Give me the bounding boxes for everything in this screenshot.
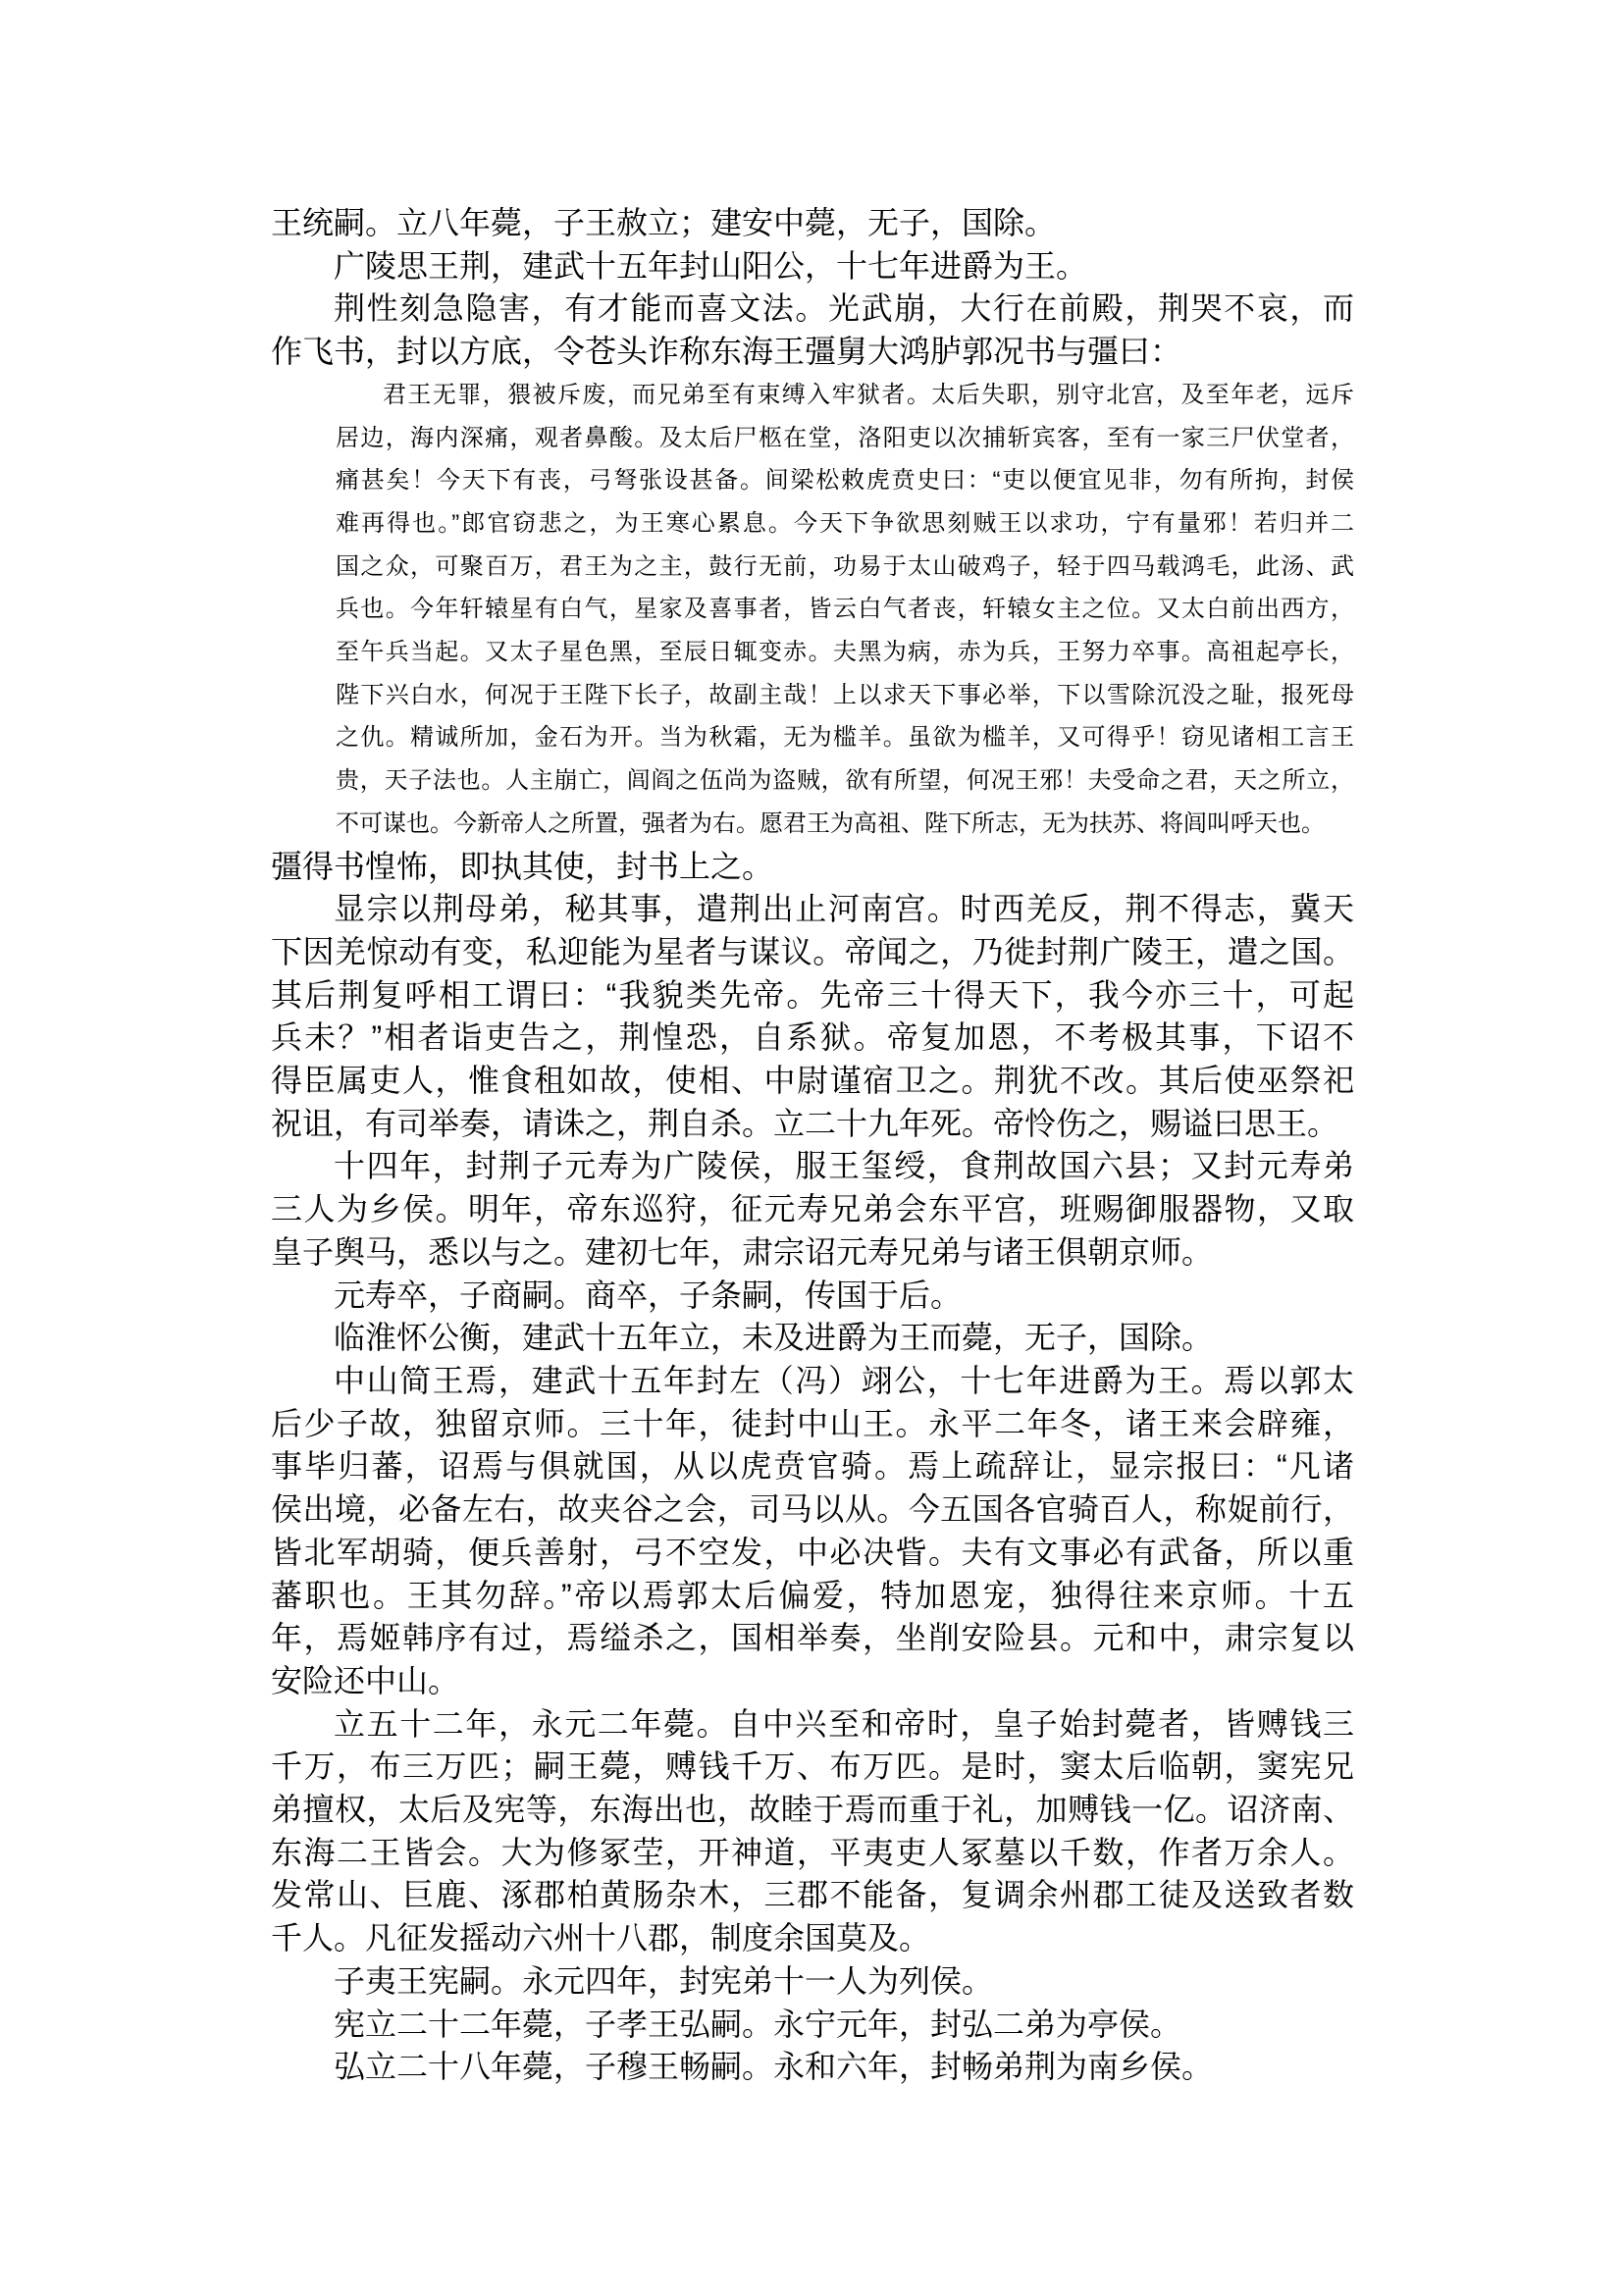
text-line: 显宗以荆母弟，秘其事，遣荆出止河南宫。时西羌反，荆不得志，冀天 <box>271 888 1354 931</box>
text-line: 下因羌惊动有变，私迎能为星者与谋议。帝闻之，乃徙封荆广陵王，遣之国。 <box>271 931 1354 974</box>
text-line: 中山简王焉，建武十五年封左（冯）翊公，十七年进爵为王。焉以郭太 <box>271 1360 1354 1403</box>
paragraph: 元寿卒，子商嗣。商卒，子条嗣，传国于后。 <box>271 1275 1354 1318</box>
text-line: 千人。凡征发摇动六州十八郡，制度余国莫及。 <box>271 1917 1354 1960</box>
text-line: 安险还中山。 <box>271 1660 1354 1703</box>
text-line: 年，焉姬韩序有过，焉缢杀之，国相举奏，坐削安险县。元和中，肃宗复以 <box>271 1617 1354 1660</box>
text-line: 东海二王皆会。大为修冢茔，开神道，平夷吏人冢墓以千数，作者万余人。 <box>271 1832 1354 1875</box>
text-line: 蕃职也。王其勿辞。”帝以焉郭太后偏爱，特加恩宠，独得往来京师。十五 <box>271 1575 1354 1618</box>
text-line: 侯出境，必备左右，故夹谷之会，司马以从。今五国各官骑百人，称娖前行， <box>271 1488 1354 1532</box>
text-line: 宪立二十二年薨，子孝王弘嗣。永宁元年，封弘二弟为亭侯。 <box>271 2004 1354 2047</box>
paragraph: 中山简王焉，建武十五年封左（冯）翊公，十七年进爵为王。焉以郭太 后少子故，独留京… <box>271 1360 1354 1703</box>
document-page: 王统嗣。立八年薨，子王赦立；建安中薨，无子，国除。 广陵思王荆，建武十五年封山阳… <box>0 0 1624 2294</box>
text-line: 陛下兴白水，何况于王陛下长子，故副主哉！上以求天下事必举，下以雪除沉没之耻，报死… <box>336 674 1354 717</box>
paragraph: 王统嗣。立八年薨，子王赦立；建安中薨，无子，国除。 <box>271 202 1354 245</box>
text-line: 后少子故，独留京师。三十年，徒封中山王。永平二年冬，诸王来会辟雍， <box>271 1403 1354 1446</box>
paragraph: 荆性刻急隐害，有才能而喜文法。光武崩，大行在前殿，荆哭不哀，而 作飞书，封以方底… <box>271 287 1354 373</box>
text-line: 之仇。精诚所加，金石为开。当为秋霜，无为槛羊。虽欲为槛羊，又可得乎！窃见诸相工言… <box>336 716 1354 759</box>
text-line: 兵未？”相者诣吏告之，荆惶恐，自系狱。帝复加恩，不考极其事，下诏不 <box>271 1017 1354 1060</box>
text-line: 事毕归蕃，诏焉与俱就国，从以虎贲官骑。焉上疏辞让，显宗报曰：“凡诸 <box>271 1445 1354 1488</box>
text-line: 千万，布三万匹；嗣王薨，赙钱千万、布万匹。是时，窦太后临朝，窦宪兄 <box>271 1746 1354 1789</box>
text-line: 兵也。今年轩辕星有白气，星家及喜事者，皆云白气者丧，轩辕女主之位。又太白前出西方… <box>336 588 1354 631</box>
paragraph: 临淮怀公衡，建武十五年立，未及进爵为王而薨，无子，国除。 <box>271 1317 1354 1360</box>
block-quote: 君王无罪，猥被斥废，而兄弟至有束缚入牢狱者。太后失职，别守北宫，及至年老，远斥 … <box>336 374 1354 846</box>
text-line: 国之众，可聚百万，君王为之主，鼓行无前，功易于太山破鸡子，轻于四马载鸿毛，此汤、… <box>336 546 1354 589</box>
text-line: 荆性刻急隐害，有才能而喜文法。光武崩，大行在前殿，荆哭不哀，而 <box>271 287 1354 331</box>
text-line: 三人为乡侯。明年，帝东巡狩，征元寿兄弟会东平宫，班赐御服器物，又取 <box>271 1188 1354 1231</box>
text-line: 子夷王宪嗣。永元四年，封宪弟十一人为列侯。 <box>271 1960 1354 2004</box>
paragraph: 宪立二十二年薨，子孝王弘嗣。永宁元年，封弘二弟为亭侯。 <box>271 2004 1354 2047</box>
paragraph: 子夷王宪嗣。永元四年，封宪弟十一人为列侯。 <box>271 1960 1354 2004</box>
paragraph: 彊得书惶怖，即执其使，封书上之。 <box>271 846 1354 889</box>
text-line: 立五十二年，永元二年薨。自中兴至和帝时，皇子始封薨者，皆赙钱三 <box>271 1703 1354 1747</box>
text-line: 祝诅，有司举奏，请诛之，荆自杀。立二十九年死。帝怜伤之，赐谥曰思王。 <box>271 1103 1354 1146</box>
text-line: 至午兵当起。又太子星色黑，至辰日辄变赤。夫黑为病，赤为兵，王努力卒事。高祖起亭长… <box>336 631 1354 674</box>
text-line: 王统嗣。立八年薨，子王赦立；建安中薨，无子，国除。 <box>271 202 1354 245</box>
paragraph: 弘立二十八年薨，子穆王畅嗣。永和六年，封畅弟荆为南乡侯。 <box>271 2046 1354 2089</box>
text-line: 皆北军胡骑，便兵善射，弓不空发，中必决眥。夫有文事必有武备，所以重 <box>271 1532 1354 1575</box>
paragraph: 显宗以荆母弟，秘其事，遣荆出止河南宫。时西羌反，荆不得志，冀天 下因羌惊动有变，… <box>271 888 1354 1145</box>
text-line: 君王无罪，猥被斥废，而兄弟至有束缚入牢狱者。太后失职，别守北宫，及至年老，远斥 <box>336 374 1354 417</box>
text-line: 十四年，封荆子元寿为广陵侯，服王玺绶，食荆故国六县；又封元寿弟 <box>271 1145 1354 1188</box>
text-line: 作飞书，封以方底，令苍头诈称东海王彊舅大鸿胪郭况书与彊曰： <box>271 331 1354 374</box>
text-line: 得臣属吏人，惟食租如故，使相、中尉谨宿卫之。荆犹不改。其后使巫祭祀 <box>271 1060 1354 1103</box>
text-line: 弘立二十八年薨，子穆王畅嗣。永和六年，封畅弟荆为南乡侯。 <box>271 2046 1354 2089</box>
text-line: 临淮怀公衡，建武十五年立，未及进爵为王而薨，无子，国除。 <box>271 1317 1354 1360</box>
text-line: 弟擅权，太后及宪等，东海出也，故睦于焉而重于礼，加赙钱一亿。诏济南、 <box>271 1789 1354 1832</box>
text-line: 难再得也。”郎官窃悲之，为王寒心累息。今天下争欲思刻贼王以求功，宁有量邪！若归并… <box>336 502 1354 546</box>
text-line: 广陵思王荆，建武十五年封山阳公，十七年进爵为王。 <box>271 245 1354 288</box>
text-line: 彊得书惶怖，即执其使，封书上之。 <box>271 846 1354 889</box>
text-line: 居边，海内深痛，观者鼻酸。及太后尸柩在堂，洛阳吏以次捕斩宾客，至有一家三尸伏堂者… <box>336 417 1354 460</box>
text-line: 发常山、巨鹿、涿郡柏黄肠杂木，三郡不能备，复调余州郡工徒及送致者数 <box>271 1874 1354 1917</box>
text-line: 痛甚矣！今天下有丧，弓弩张设甚备。间梁松敕虎贲史曰：“吏以便宜见非，勿有所拘，封… <box>336 459 1354 502</box>
paragraph: 广陵思王荆，建武十五年封山阳公，十七年进爵为王。 <box>271 245 1354 288</box>
text-line: 贵，天子法也。人主崩亡，闾阎之伍尚为盗贼，欲有所望，何况王邪！夫受命之君，天之所… <box>336 759 1354 803</box>
paragraph: 十四年，封荆子元寿为广陵侯，服王玺绶，食荆故国六县；又封元寿弟 三人为乡侯。明年… <box>271 1145 1354 1274</box>
text-line: 其后荆复呼相工谓曰：“我貌类先帝。先帝三十得天下，我今亦三十，可起 <box>271 974 1354 1017</box>
paragraph: 立五十二年，永元二年薨。自中兴至和帝时，皇子始封薨者，皆赙钱三 千万，布三万匹；… <box>271 1703 1354 1960</box>
text-line: 元寿卒，子商嗣。商卒，子条嗣，传国于后。 <box>271 1275 1354 1318</box>
text-line: 不可谋也。今新帝人之所置，强者为右。愿君王为高祖、陛下所志，无为扶苏、将闾叫呼天… <box>336 803 1354 846</box>
text-line: 皇子舆马，悉以与之。建初七年，肃宗诏元寿兄弟与诸王俱朝京师。 <box>271 1231 1354 1275</box>
